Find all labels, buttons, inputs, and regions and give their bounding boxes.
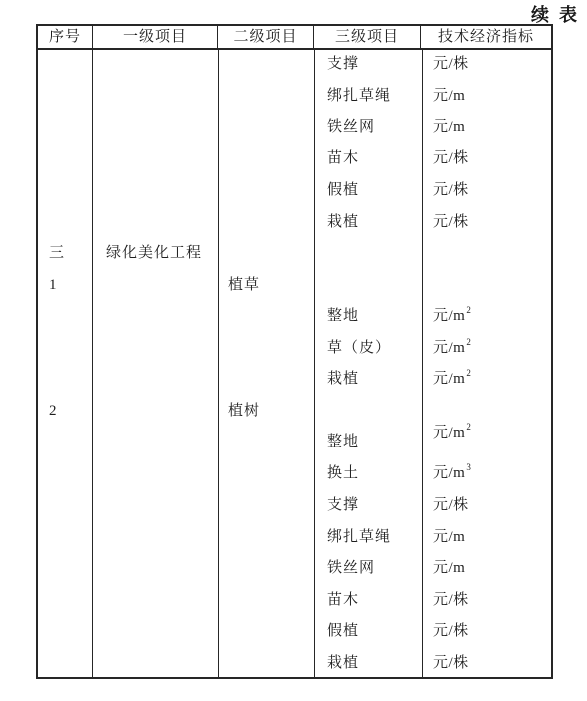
unit-superscript: 2 bbox=[466, 368, 471, 378]
cell-level3: 支撑 bbox=[327, 495, 359, 516]
table-row: 栽植元/m2 bbox=[38, 369, 551, 390]
table-row: 支撑元/株 bbox=[38, 54, 551, 75]
cell-indicator: 元/株 bbox=[433, 621, 469, 642]
table-row: 绑扎草绳元/m bbox=[38, 86, 551, 107]
cell-indicator: 元/株 bbox=[433, 180, 469, 201]
table-row: 草（皮）元/m2 bbox=[38, 338, 551, 359]
cell-level3: 整地 bbox=[327, 306, 359, 327]
cell-indicator: 元/m3 bbox=[433, 463, 471, 484]
table-row: 铁丝网元/m bbox=[38, 558, 551, 579]
cell-level3: 绑扎草绳 bbox=[327, 86, 391, 107]
cell-level3: 栽植 bbox=[327, 369, 359, 390]
cell-seq: 三 bbox=[49, 243, 65, 264]
cell-level3: 草（皮） bbox=[327, 338, 391, 359]
cell-seq: 2 bbox=[49, 401, 58, 422]
cell-indicator: 元/m bbox=[433, 558, 465, 579]
cell-indicator: 元/株 bbox=[433, 590, 469, 611]
cell-level2: 植草 bbox=[228, 275, 260, 296]
cell-level3: 绑扎草绳 bbox=[327, 527, 391, 548]
cell-indicator: 元/m bbox=[433, 527, 465, 548]
cell-level3: 假植 bbox=[327, 621, 359, 642]
cell-level2: 植树 bbox=[228, 401, 260, 422]
header-level2: 二级项目 bbox=[218, 26, 314, 48]
cell-level3: 铁丝网 bbox=[327, 117, 375, 138]
project-indicator-table: 序号 一级项目 二级项目 三级项目 技术经济指标 支撑元/株绑扎草绳元/m铁丝网… bbox=[36, 24, 553, 679]
table-row: 支撑元/株 bbox=[38, 495, 551, 516]
table-row: 栽植元/株 bbox=[38, 653, 551, 674]
header-indicator: 技术经济指标 bbox=[421, 26, 551, 48]
column-divider bbox=[422, 50, 423, 677]
unit-superscript: 2 bbox=[466, 422, 471, 432]
cell-indicator: 元/m bbox=[433, 117, 465, 138]
cell-indicator: 元/株 bbox=[433, 495, 469, 516]
table-row: 2植树 bbox=[38, 401, 551, 422]
cell-indicator: 元/株 bbox=[433, 653, 469, 674]
table-row: 整地元/m2 bbox=[38, 306, 551, 327]
cell-level1: 绿化美化工程 bbox=[106, 243, 202, 264]
cell-level3: 栽植 bbox=[327, 653, 359, 674]
table-row: 三绿化美化工程 bbox=[38, 243, 551, 264]
table-row: 铁丝网元/m bbox=[38, 117, 551, 138]
table-row: 假植元/株 bbox=[38, 180, 551, 201]
cell-indicator: 元/m2 bbox=[433, 306, 471, 327]
table-row: 绑扎草绳元/m bbox=[38, 527, 551, 548]
table-row: 整地元/m2 bbox=[38, 432, 551, 453]
document-page: 续表 序号 一级项目 二级项目 三级项目 技术经济指标 支撑元/株绑扎草绳元/m… bbox=[0, 0, 587, 701]
cell-level3: 换土 bbox=[327, 463, 359, 484]
cell-indicator: 元/株 bbox=[433, 148, 469, 169]
column-divider bbox=[218, 50, 219, 677]
header-level1: 一级项目 bbox=[93, 26, 218, 48]
cell-seq: 1 bbox=[49, 275, 58, 296]
column-divider bbox=[314, 50, 315, 677]
cell-level3: 栽植 bbox=[327, 212, 359, 233]
table-body: 支撑元/株绑扎草绳元/m铁丝网元/m苗木元/株假植元/株栽植元/株三绿化美化工程… bbox=[38, 50, 551, 677]
table-row: 栽植元/株 bbox=[38, 212, 551, 233]
table-row: 1植草 bbox=[38, 275, 551, 296]
cell-level3: 假植 bbox=[327, 180, 359, 201]
cell-indicator: 元/m bbox=[433, 86, 465, 107]
cell-level3: 苗木 bbox=[327, 590, 359, 611]
cell-indicator: 元/株 bbox=[433, 212, 469, 233]
cell-level3: 铁丝网 bbox=[327, 558, 375, 579]
cell-indicator: 元/m2 bbox=[433, 338, 471, 359]
cell-indicator: 元/株 bbox=[433, 54, 469, 75]
header-level3: 三级项目 bbox=[314, 26, 421, 48]
header-seq: 序号 bbox=[38, 26, 93, 48]
table-row: 换土元/m3 bbox=[38, 463, 551, 484]
table-row: 苗木元/株 bbox=[38, 148, 551, 169]
unit-superscript: 2 bbox=[466, 337, 471, 347]
table-row: 假植元/株 bbox=[38, 621, 551, 642]
cell-indicator: 元/m2 bbox=[433, 369, 471, 390]
unit-superscript: 3 bbox=[466, 462, 471, 472]
cell-level3: 支撑 bbox=[327, 54, 359, 75]
table-header-row: 序号 一级项目 二级项目 三级项目 技术经济指标 bbox=[38, 26, 551, 50]
unit-superscript: 2 bbox=[466, 305, 471, 315]
cell-level3: 苗木 bbox=[327, 148, 359, 169]
column-divider bbox=[92, 50, 93, 677]
table-row: 苗木元/株 bbox=[38, 590, 551, 611]
cell-indicator: 元/m2 bbox=[433, 423, 471, 444]
cell-level3: 整地 bbox=[327, 432, 359, 453]
